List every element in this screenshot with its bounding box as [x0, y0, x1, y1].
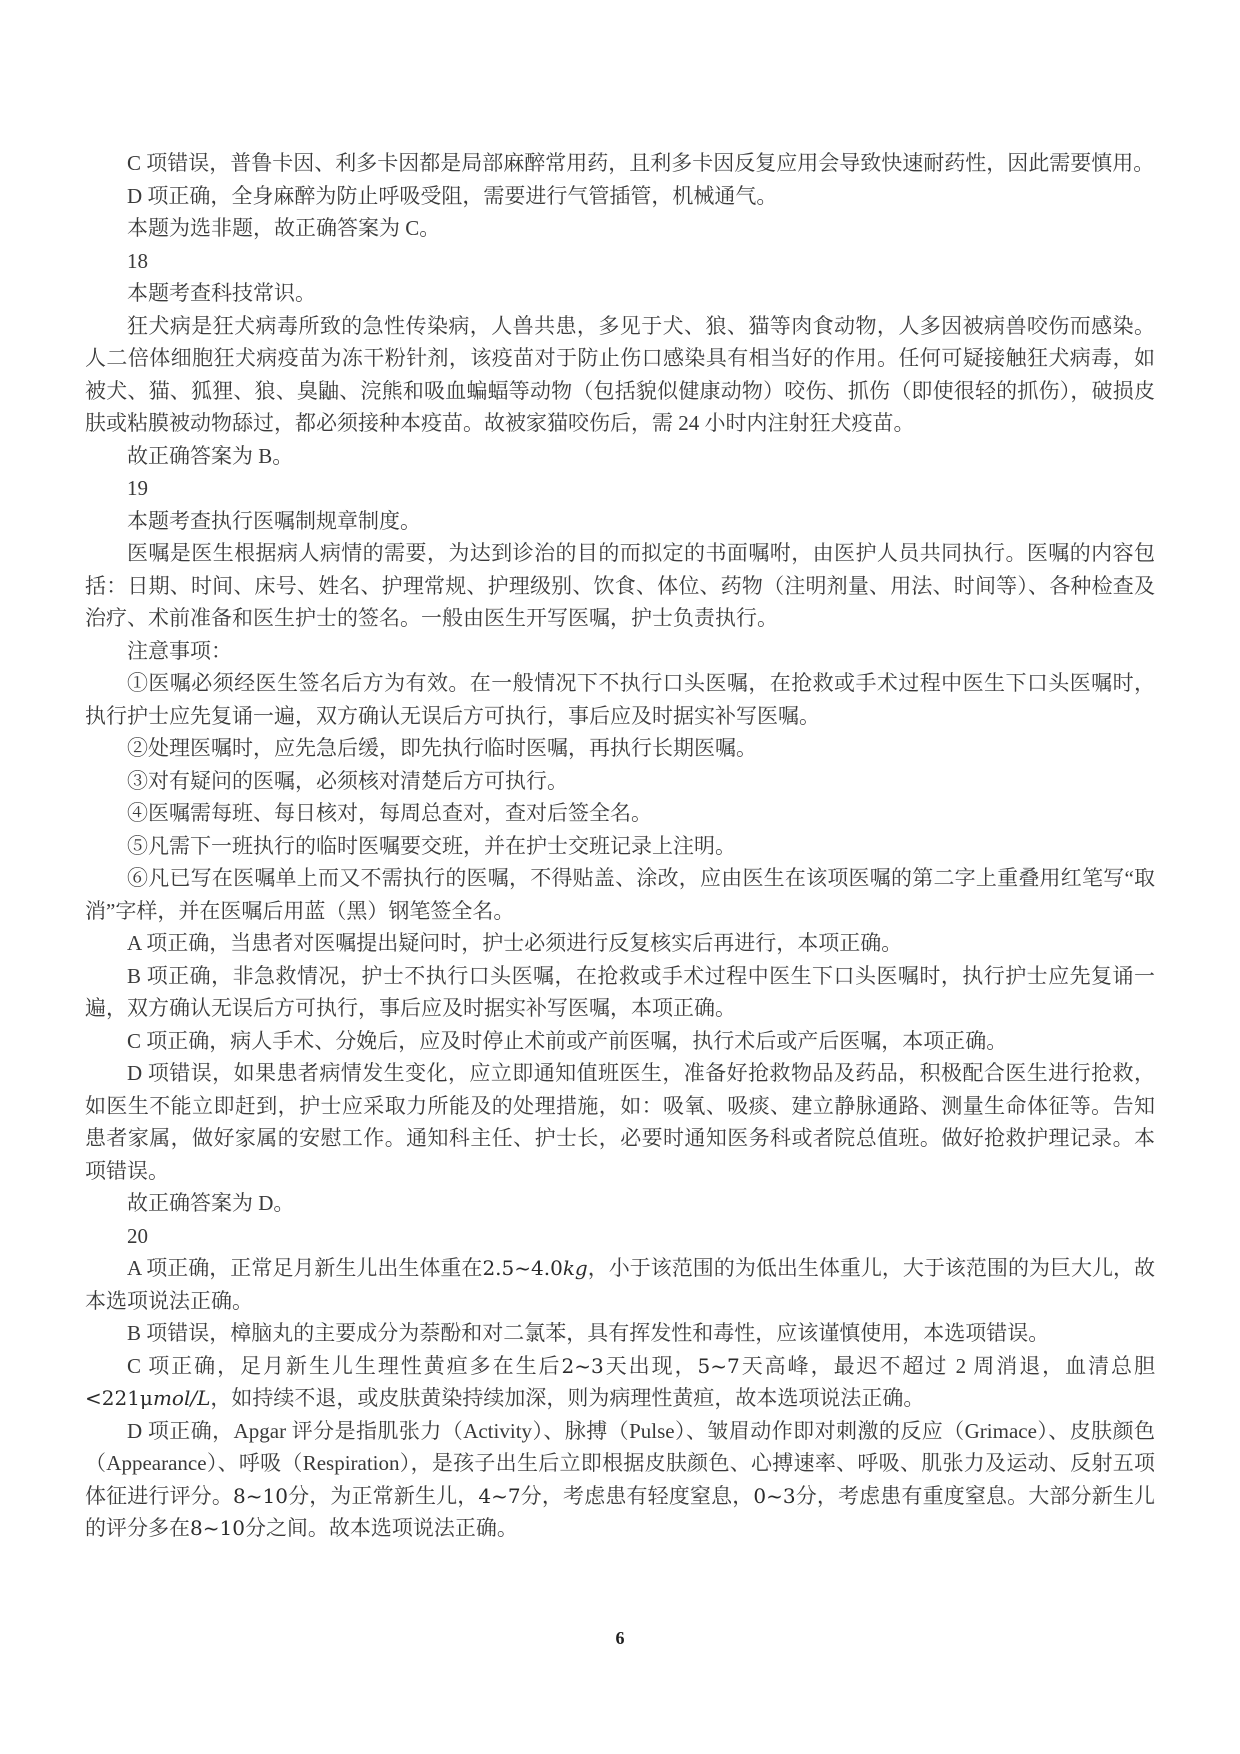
- answer-option-analysis: C 项错误，普鲁卡因、利多卡因都是局部麻醉常用药，且利多卡因反复应用会导致快速耐…: [85, 147, 1155, 180]
- note-item: ③对有疑问的医嘱，必须核对清楚后方可执行。: [85, 765, 1155, 798]
- answer-conclusion: 故正确答案为 B。: [85, 440, 1155, 473]
- note-item: ①医嘱必须经医生签名后方为有效。在一般情况下不执行口头医嘱，在抢救或手术过程中医…: [85, 667, 1155, 732]
- note-item: ②处理医嘱时，应先急后缓，即先执行临时医嘱，再执行长期医嘱。: [85, 732, 1155, 765]
- note-item: ⑥凡已写在医嘱单上而又不需执行的医嘱，不得贴盖、涂改，应由医生在该项医嘱的第二字…: [85, 862, 1155, 927]
- document-page: C 项错误，普鲁卡因、利多卡因都是局部麻醉常用药，且利多卡因反复应用会导致快速耐…: [0, 0, 1240, 1754]
- exam-point: 本题考查科技常识。: [85, 277, 1155, 310]
- note-item: ④医嘱需每班、每日核对，每周总查对，查对后签全名。: [85, 797, 1155, 830]
- answer-option-analysis: B 项正确，非急救情况，护士不执行口头医嘱，在抢救或手术过程中医生下口头医嘱时，…: [85, 960, 1155, 1025]
- answer-explanations-body: C 项错误，普鲁卡因、利多卡因都是局部麻醉常用药，且利多卡因反复应用会导致快速耐…: [85, 147, 1155, 1545]
- answer-option-analysis: C 项正确，足月新生儿生理性黄疸多在生后2~3天出现，5~7天高峰，最迟不超过 …: [85, 1350, 1155, 1415]
- note-heading: 注意事项：: [85, 635, 1155, 668]
- answer-option-analysis: A 项正确，当患者对医嘱提出疑问时，护士必须进行反复核实后再进行，本项正确。: [85, 927, 1155, 960]
- question-number: 20: [85, 1220, 1155, 1253]
- answer-conclusion: 本题为选非题，故正确答案为 C。: [85, 212, 1155, 245]
- exam-point: 本题考查执行医嘱制规章制度。: [85, 505, 1155, 538]
- question-number: 19: [85, 472, 1155, 505]
- page-number: 6: [616, 1628, 625, 1648]
- explanation: 狂犬病是狂犬病毒所致的急性传染病，人兽共患，多见于犬、狼、猫等肉食动物，人多因被…: [85, 310, 1155, 440]
- answer-option-analysis: A 项正确，正常足月新生儿出生体重在2.5~4.0kg，小于该范围的为低出生体重…: [85, 1252, 1155, 1317]
- page-footer: 6: [0, 1628, 1240, 1649]
- note-item: ⑤凡需下一班执行的临时医嘱要交班，并在护士交班记录上注明。: [85, 830, 1155, 863]
- answer-conclusion: 故正确答案为 D。: [85, 1187, 1155, 1220]
- explanation: 医嘱是医生根据病人病情的需要，为达到诊治的目的而拟定的书面嘱咐，由医护人员共同执…: [85, 537, 1155, 635]
- answer-option-analysis: B 项错误，樟脑丸的主要成分为萘酚和对二氯苯，具有挥发性和毒性，应该谨慎使用，本…: [85, 1317, 1155, 1350]
- question-number: 18: [85, 245, 1155, 278]
- answer-option-analysis: D 项正确，Apgar 评分是指肌张力（Activity）、脉搏（Pulse）、…: [85, 1415, 1155, 1545]
- answer-option-analysis: D 项正确，全身麻醉为防止呼吸受阻，需要进行气管插管，机械通气。: [85, 180, 1155, 213]
- answer-option-analysis: C 项正确，病人手术、分娩后，应及时停止术前或产前医嘱，执行术后或产后医嘱，本项…: [85, 1025, 1155, 1058]
- answer-option-analysis: D 项错误，如果患者病情发生变化，应立即通知值班医生，准备好抢救物品及药品，积极…: [85, 1057, 1155, 1187]
